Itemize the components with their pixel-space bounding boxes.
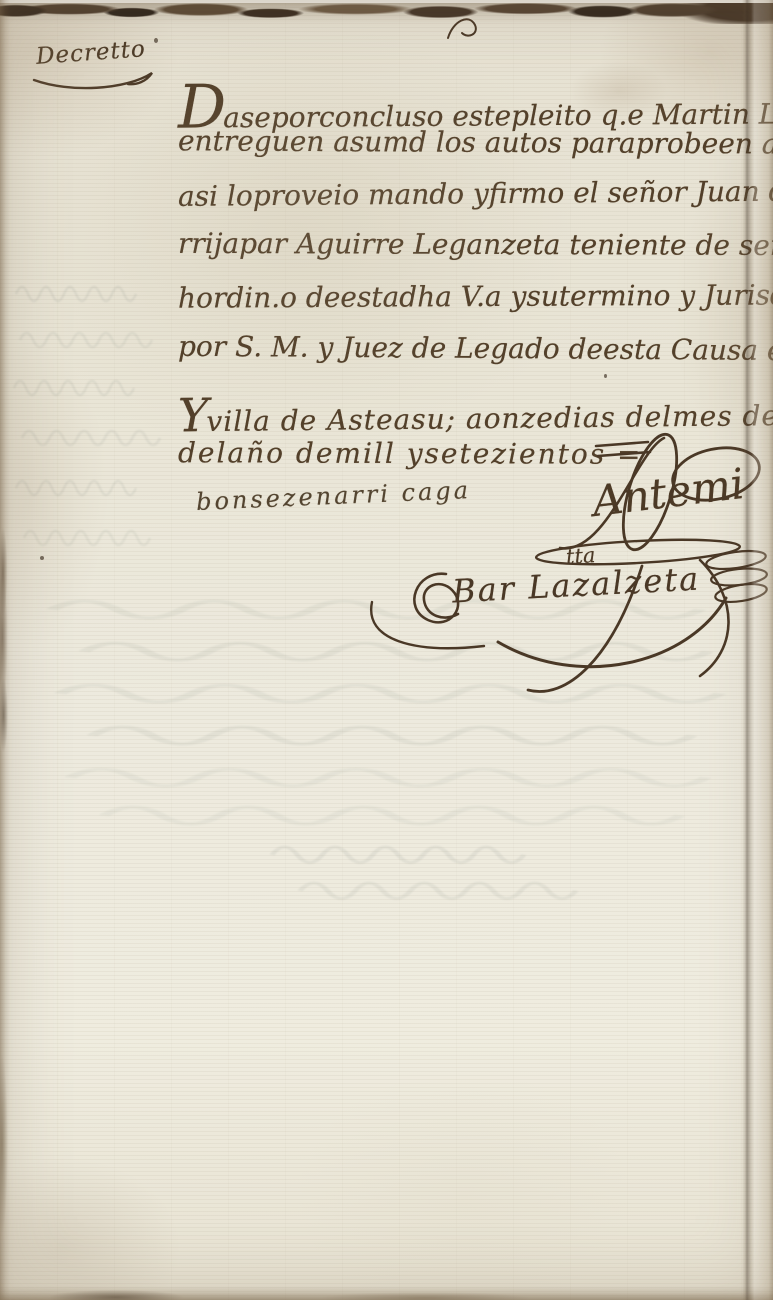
ink-speck (154, 38, 158, 43)
signature-name: Bar Lazalzeta (451, 560, 701, 611)
secondary-hand-note: bonsezenarri caga (196, 476, 472, 516)
ink-speck (40, 556, 44, 560)
body-line: Yvilla de Asteasu; aonzedias delmes de M (178, 382, 773, 443)
manuscript-page: Decretto Daseporconcluso estepleito q.e … (0, 0, 773, 1300)
ink-speck (604, 374, 607, 378)
body-line: entreguen asumd los autos paraprobeen au… (178, 124, 773, 160)
worn-bottom-edge (0, 1286, 773, 1300)
margin-note-underline (34, 73, 152, 88)
ink-speck (658, 140, 661, 143)
body-line: asi loproveio mando yfirmo el señor Juan… (178, 174, 773, 213)
worn-left-edge (0, 0, 10, 1300)
margin-note-decretto: Decretto (35, 36, 146, 70)
body-line: por S. M. y Juez de Legado deesta Causa … (178, 330, 773, 368)
body-line: delaño demill ysetezientos = (178, 436, 643, 471)
torn-top-edge (0, 0, 773, 24)
body-line: hordin.o deestadha V.a ysutermino y Juri… (178, 278, 773, 314)
binding-crease-right (742, 0, 773, 1300)
body-line: rrijapar Aguirre Leganzeta teniente de s… (178, 227, 773, 262)
